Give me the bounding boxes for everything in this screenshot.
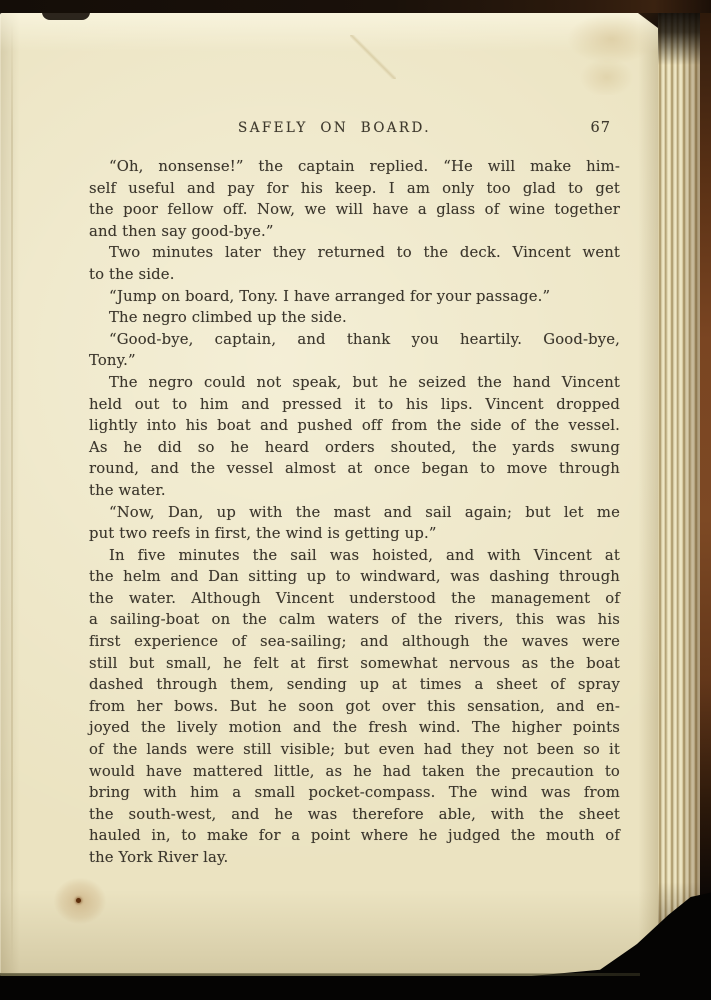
book-page: SAFELY ON BOARD. 67 “Oh, nonsense!” the … xyxy=(0,13,658,976)
text-line: “Good-bye, captain, and thank you hearti… xyxy=(89,329,620,351)
text-line: bring with him a small pocket-compass. T… xyxy=(89,782,620,804)
text-line: As he did so he heard orders shouted, th… xyxy=(89,437,620,459)
ink-spot xyxy=(46,871,114,931)
running-title: SAFELY ON BOARD. xyxy=(69,120,600,136)
text-line: “Now, Dan, up with the mast and sail aga… xyxy=(89,502,620,524)
text-line: lightly into his boat and pushed off fro… xyxy=(89,415,620,437)
scan-border-bottom xyxy=(0,976,711,1000)
scan-border-top xyxy=(0,0,711,13)
page-number: 67 xyxy=(591,120,611,136)
text-line: from her bows. But he soon got over this… xyxy=(89,696,620,718)
text-line: self useful and pay for his keep. I am o… xyxy=(89,178,620,200)
paragraph: In five minutes the sail was hoisted, an… xyxy=(89,545,620,869)
stain-mark xyxy=(540,15,655,95)
text-line: In five minutes the sail was hoisted, an… xyxy=(89,545,620,567)
paragraph: “Oh, nonsense!” the captain replied. “He… xyxy=(89,156,620,242)
paragraph: “Good-bye, captain, and thank you hearti… xyxy=(89,329,620,372)
text-line: would have mattered little, as he had ta… xyxy=(89,761,620,783)
text-line: a sailing-boat on the calm waters of the… xyxy=(89,609,620,631)
text-line: held out to him and pressed it to his li… xyxy=(89,394,620,416)
text-line: the south-west, and he was therefore abl… xyxy=(89,804,620,826)
text-line: still but small, he felt at first somewh… xyxy=(89,653,620,675)
text-line: “Jump on board, Tony. I have arranged fo… xyxy=(89,286,620,308)
text-line: to the side. xyxy=(89,264,620,286)
gutter-shadow-line xyxy=(11,21,13,967)
text-line: the York River lay. xyxy=(89,847,620,869)
text-line: joyed the lively motion and the fresh wi… xyxy=(89,717,620,739)
text-line: the poor fellow off. Now, we will have a… xyxy=(89,199,620,221)
scanned-book-photo: SAFELY ON BOARD. 67 “Oh, nonsense!” the … xyxy=(0,0,711,1000)
text-line: the water. xyxy=(89,480,620,502)
paragraph: “Jump on board, Tony. I have arranged fo… xyxy=(89,286,620,308)
paragraph: The negro climbed up the side. xyxy=(89,307,620,329)
text-line: the helm and Dan sitting up to windward,… xyxy=(89,566,620,588)
paragraph: Two minutes later they returned to the d… xyxy=(89,242,620,285)
page-stack-fore-edge xyxy=(656,10,700,962)
text-line: Two minutes later they returned to the d… xyxy=(89,242,620,264)
text-line: The negro could not speak, but he seized… xyxy=(89,372,620,394)
scan-border-top-bump xyxy=(42,12,90,20)
page-body: “Oh, nonsense!” the captain replied. “He… xyxy=(89,156,620,869)
text-line: Tony.” xyxy=(89,350,620,372)
text-line: round, and the vessel almost at once beg… xyxy=(89,458,620,480)
text-line: hauled in, to make for a point where he … xyxy=(89,825,620,847)
text-line: The negro climbed up the side. xyxy=(89,307,620,329)
text-line: dashed through them, sending up at times… xyxy=(89,674,620,696)
crease-mark xyxy=(350,35,396,79)
text-line: put two reefs in first, the wind is gett… xyxy=(89,523,620,545)
text-line: “Oh, nonsense!” the captain replied. “He… xyxy=(89,156,620,178)
text-line: the water. Although Vincent understood t… xyxy=(89,588,620,610)
paragraph: The negro could not speak, but he seized… xyxy=(89,372,620,502)
text-line: of the lands were still visible; but eve… xyxy=(89,739,620,761)
page-header: SAFELY ON BOARD. 67 xyxy=(89,120,620,140)
paragraph: “Now, Dan, up with the mast and sail aga… xyxy=(89,502,620,545)
text-line: and then say good-bye.” xyxy=(89,221,620,243)
text-line: first experience of sea-sailing; and alt… xyxy=(89,631,620,653)
